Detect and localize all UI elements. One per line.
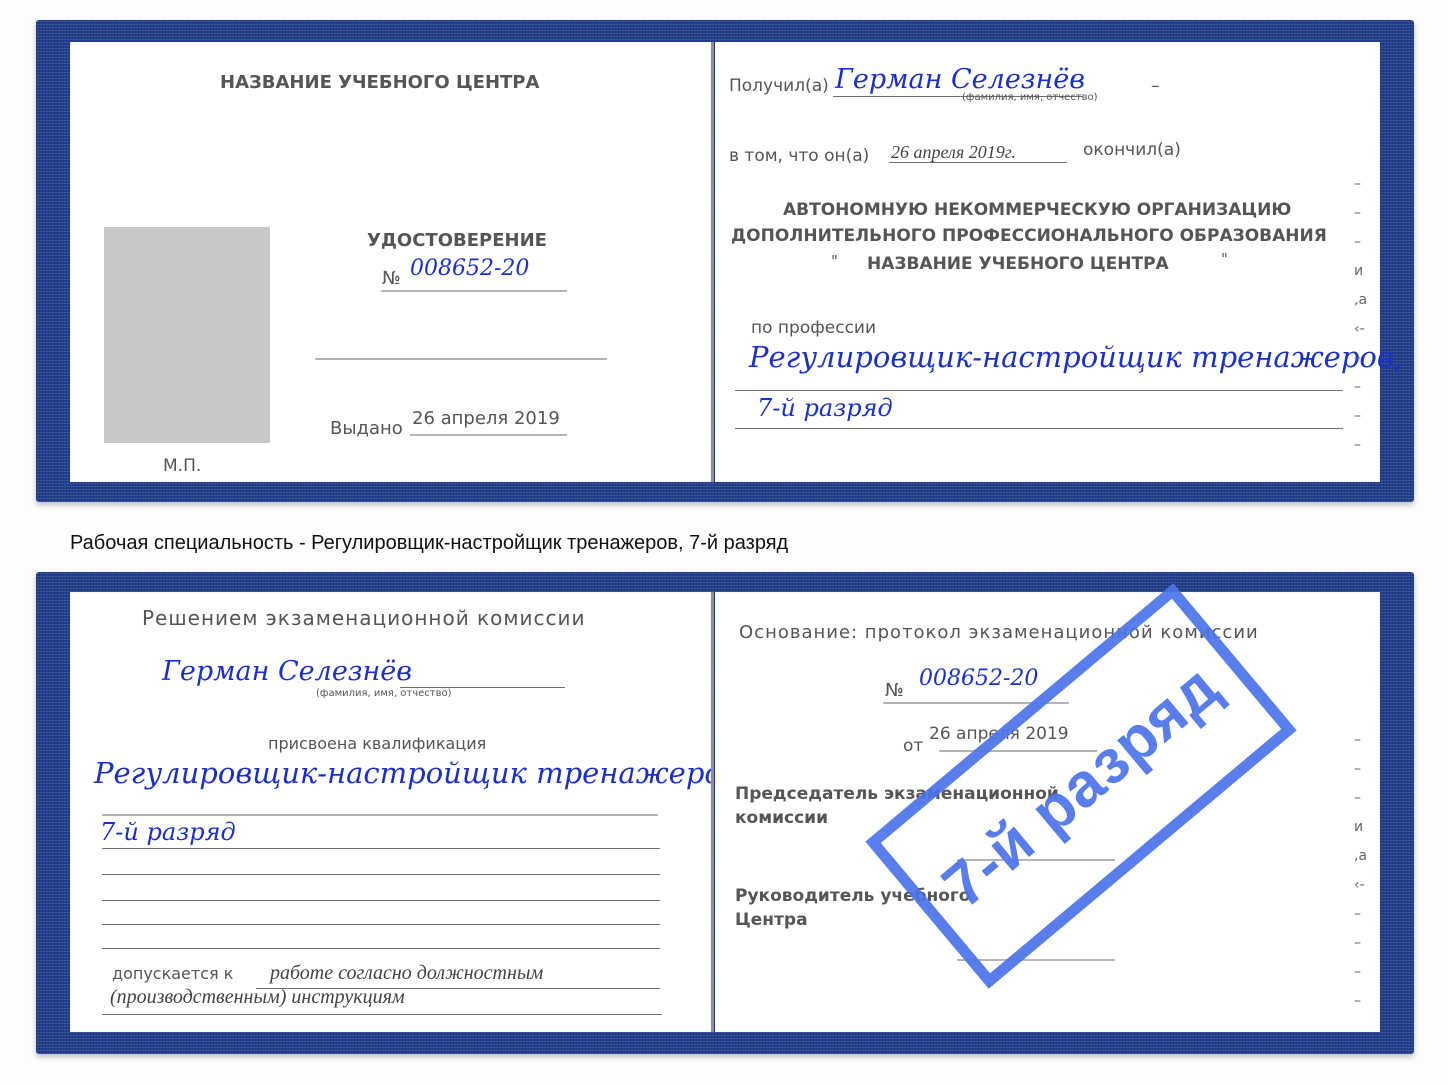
admitted-underline-2 bbox=[102, 1014, 662, 1015]
blank-line-3 bbox=[102, 924, 660, 925]
qualification-line-2: 7-й разряд bbox=[100, 818, 236, 846]
admitted-line-1: работе согласно должностным bbox=[270, 962, 543, 985]
from-label: от bbox=[903, 736, 923, 756]
profession-underline-1 bbox=[735, 390, 1343, 391]
org-line-1: АВТОНОМНУЮ НЕКОММЕРЧЕСКУЮ ОРГАНИЗАЦИЮ bbox=[783, 200, 1291, 220]
seal-label: М.П. bbox=[163, 456, 201, 476]
edge-mark: – bbox=[1354, 379, 1361, 395]
blank-line-4 bbox=[102, 948, 660, 949]
caption: Рабочая специальность - Регулировщик-нас… bbox=[70, 532, 788, 555]
edge-mark: и bbox=[1354, 263, 1363, 279]
qualification-label: присвоена квалификация bbox=[268, 734, 486, 753]
edge-mark: ,а bbox=[1354, 848, 1367, 864]
org-name: НАЗВАНИЕ УЧЕБНОГО ЦЕНТРА bbox=[220, 72, 539, 93]
profession-line-2: 7-й разряд bbox=[757, 394, 893, 422]
org-line-3-close-quote: " bbox=[1221, 250, 1228, 268]
number-underline bbox=[381, 290, 567, 292]
edge-mark: – bbox=[1354, 935, 1361, 951]
recipient-name: Герман Селезнёв bbox=[162, 656, 412, 687]
qualification-line-1: Регулировщик-настройщик тренажеров, bbox=[94, 756, 748, 790]
edge-mark: – bbox=[1354, 993, 1361, 1009]
edge-mark: – bbox=[1354, 205, 1361, 221]
top-spine bbox=[711, 42, 714, 482]
profession-underline-2 bbox=[735, 428, 1343, 429]
edge-mark: – bbox=[1354, 790, 1361, 806]
document-title: УДОСТОВЕРЕНИЕ bbox=[367, 230, 547, 251]
fio-hint: (фамилия, имя, отчество) bbox=[316, 688, 452, 699]
edge-mark: – bbox=[1354, 906, 1361, 922]
head-label-2: Центра bbox=[735, 910, 808, 930]
top-left-page: НАЗВАНИЕ УЧЕБНОГО ЦЕНТРА УДОСТОВЕРЕНИЕ №… bbox=[70, 42, 711, 482]
finished-label: окончил(а) bbox=[1083, 140, 1181, 160]
edge-mark: ‹- bbox=[1354, 321, 1365, 337]
edge-mark: – bbox=[1354, 437, 1361, 453]
completion-date-underline bbox=[889, 162, 1067, 163]
org-line-3: НАЗВАНИЕ УЧЕБНОГО ЦЕНТРА bbox=[867, 254, 1169, 274]
top-right-page: Получил(а) Герман Селезнёв – (фамилия, и… bbox=[715, 42, 1380, 482]
protocol-number-prefix: № bbox=[885, 680, 904, 701]
edge-mark: – bbox=[1354, 408, 1361, 424]
edge-mark: – bbox=[1354, 732, 1361, 748]
fio-hint: (фамилия, имя, отчество) bbox=[962, 92, 1098, 103]
received-name: Герман Селезнёв bbox=[835, 64, 1085, 95]
edge-mark: – bbox=[1354, 761, 1361, 777]
commission-heading: Решением экзаменационной комиссии bbox=[142, 606, 585, 630]
blank-line-1 bbox=[102, 874, 660, 875]
org-line-3-open-quote: " bbox=[831, 252, 838, 270]
edge-mark: ‹- bbox=[1354, 877, 1365, 893]
certificate-number: 008652-20 bbox=[410, 256, 529, 281]
edge-mark: – bbox=[1354, 234, 1361, 250]
received-label: Получил(а) bbox=[729, 76, 829, 96]
signature-line bbox=[315, 358, 607, 360]
admitted-line-2: (производственным) инструкциям bbox=[110, 986, 405, 1009]
number-prefix: № bbox=[382, 268, 401, 289]
profession-label: по профессии bbox=[751, 318, 876, 338]
org-line-2: ДОПОЛНИТЕЛЬНОГО ПРОФЕССИОНАЛЬНОГО ОБРАЗО… bbox=[731, 226, 1327, 246]
received-dash: – bbox=[1151, 76, 1160, 96]
edge-mark: – bbox=[1354, 176, 1361, 192]
that-label: в том, что он(а) bbox=[729, 146, 869, 166]
bottom-left-page: Решением экзаменационной комиссии Герман… bbox=[70, 592, 711, 1032]
admitted-label: допускается к bbox=[112, 964, 233, 983]
photo-placeholder bbox=[104, 227, 270, 443]
blank-line-2 bbox=[102, 900, 660, 901]
issued-label: Выдано bbox=[330, 418, 403, 439]
edge-mark: ,а bbox=[1354, 292, 1367, 308]
qualification-underline-1 bbox=[102, 814, 658, 816]
chairman-label-2: комиссии bbox=[735, 808, 828, 828]
edge-mark: – bbox=[1354, 964, 1361, 980]
edge-mark: – bbox=[1354, 350, 1361, 366]
qualification-underline-2 bbox=[102, 848, 660, 849]
issued-date: 26 апреля 2019 bbox=[412, 408, 560, 429]
completion-date: 26 апреля 2019г. bbox=[891, 142, 1016, 163]
profession-line-1: Регулировщик-настройщик тренажеров, bbox=[749, 340, 1403, 374]
bottom-spine bbox=[711, 592, 714, 1032]
protocol-number: 008652-20 bbox=[919, 666, 1038, 691]
edge-mark: и bbox=[1354, 819, 1363, 835]
issued-date-underline bbox=[410, 434, 567, 436]
